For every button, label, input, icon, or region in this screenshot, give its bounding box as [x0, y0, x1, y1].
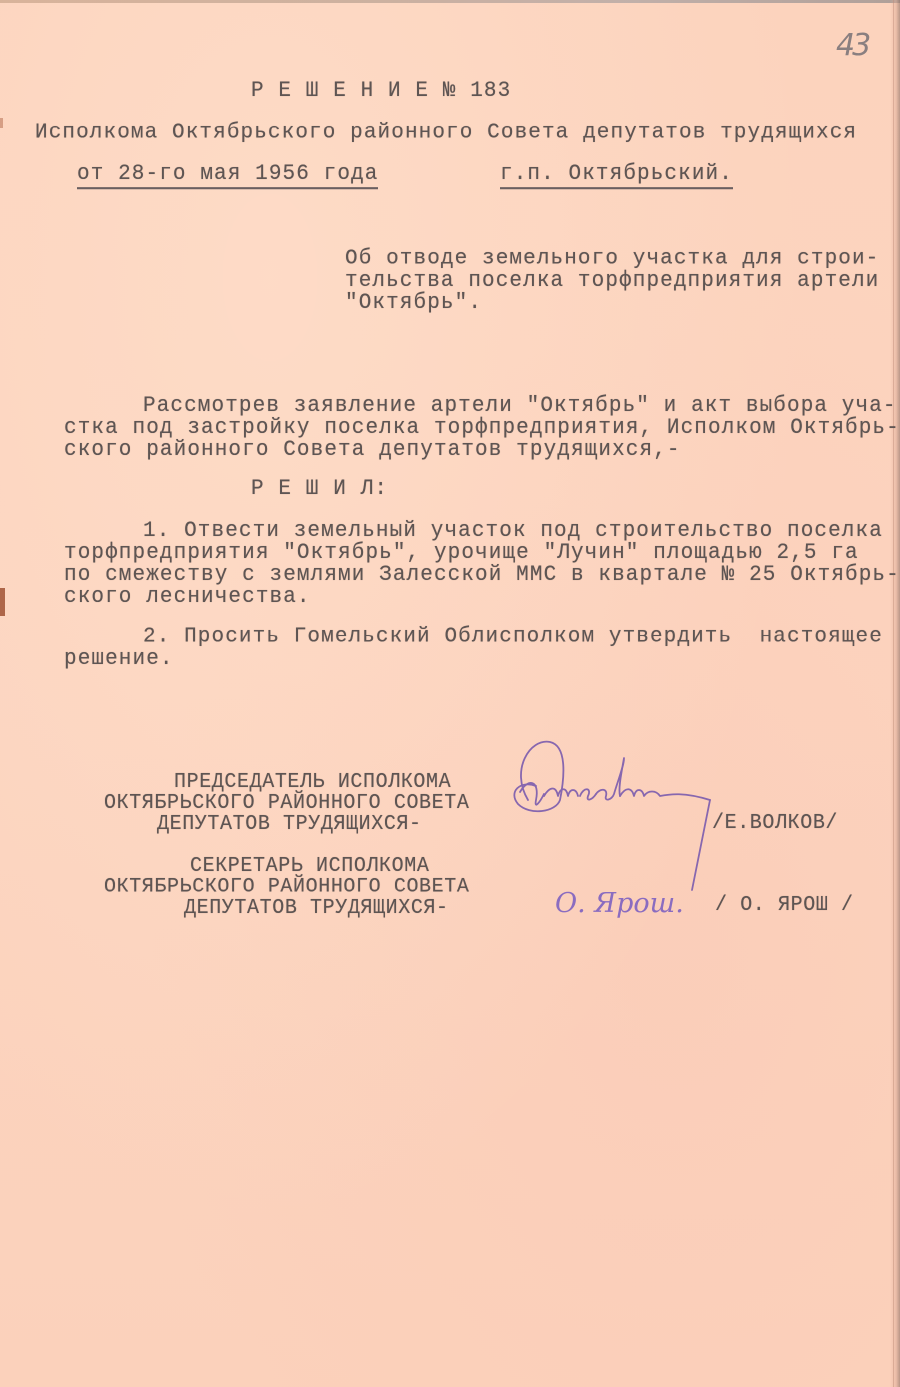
item-1-line-3: по смежеству с землями Залесской ММС в к…: [64, 564, 900, 587]
item-1-line-1: 1. Отвести земельный участок под строите…: [143, 520, 883, 543]
binding-mark: [0, 588, 5, 616]
page-fold-line: [893, 0, 894, 1387]
subject-line-2: тельства поселка торфпредприятия артели: [345, 270, 879, 293]
item-2-line-1: 2. Просить Гомельский Облисполком утверд…: [143, 626, 883, 649]
secretary-signature: О. Ярош.: [555, 888, 684, 919]
page-right-edge: [890, 0, 900, 1387]
secretary-typed-name: / О. ЯРОШ /: [715, 894, 854, 917]
document-page: 43 Р Е Ш Е Н И Е № 183 Исполкома Октябрь…: [0, 0, 900, 1387]
preamble-line-1: Рассмотрев заявление артели "Октябрь" и …: [143, 395, 897, 418]
subject-line-1: Об отводе земельного участка для строи-: [345, 248, 879, 271]
document-place: г.п. Октябрьский.: [500, 163, 733, 189]
subject-line-3: "Октябрь".: [345, 292, 482, 315]
item-2-line-2: решение.: [64, 648, 174, 671]
item-1-line-2: торфпредприятия "Октябрь", урочище "Лучи…: [64, 542, 859, 565]
preamble-line-3: ского районного Совета депутатов трудящи…: [64, 439, 681, 462]
issuer-line: Исполкома Октябрьского районного Совета …: [35, 122, 857, 145]
document-date: от 28-го мая 1956 года: [77, 163, 378, 189]
chairman-title-line-3: ДЕПУТАТОВ ТРУДЯЩИХСЯ-: [157, 813, 422, 836]
binding-hole-mark: [0, 118, 3, 128]
secretary-title-line-3: ДЕПУТАТОВ ТРУДЯЩИХСЯ-: [184, 897, 449, 920]
page-number: 43: [836, 28, 868, 63]
chairman-typed-name: /Е.ВОЛКОВ/: [712, 812, 838, 835]
resolved-heading: Р Е Ш И Л:: [251, 478, 388, 501]
preamble-line-2: стка под застройку поселка торфпредприят…: [64, 417, 900, 440]
page-top-edge: [0, 0, 900, 3]
document-title: Р Е Ш Е Н И Е № 183: [251, 80, 511, 103]
chairman-signature: [500, 730, 730, 900]
item-1-line-4: ского лесничества.: [64, 586, 311, 609]
